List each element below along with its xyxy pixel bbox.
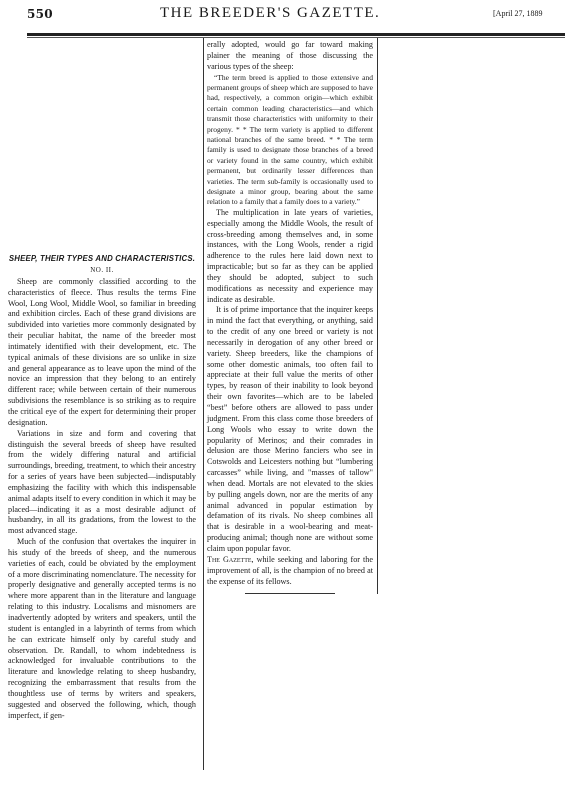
left-column: SHEEP, THEIR TYPES AND CHARACTERISTICS. …: [8, 254, 196, 721]
header-rule-thick: [27, 33, 565, 36]
gazette-name: The Gazette: [207, 555, 252, 564]
article-paragraph: Much of the confusion that overtakes the…: [8, 537, 196, 721]
article-headline: SHEEP, THEIR TYPES AND CHARACTERISTICS.: [8, 254, 196, 264]
masthead-title: THE BREEDER'S GAZETTE.: [160, 5, 380, 22]
quote-text: “The term breed is applied to those exte…: [207, 73, 373, 208]
article-paragraph: erally adopted, would go far toward maki…: [207, 40, 373, 73]
issue-date: [April 27, 1889: [493, 9, 543, 18]
right-column: erally adopted, would go far toward maki…: [207, 40, 373, 594]
article-paragraph: The multiplication in late years of vari…: [207, 208, 373, 306]
block-quote: “The term breed is applied to those exte…: [207, 73, 373, 208]
closing-paragraph: The Gazette, while seeking and laboring …: [207, 555, 373, 588]
article-paragraph: Sheep are commonly classified according …: [8, 277, 196, 429]
article-paragraph: Variations in size and form and covering…: [8, 429, 196, 537]
article-end-rule: [245, 593, 335, 594]
header-rule-thin: [27, 37, 565, 38]
article-paragraph: It is of prime importance that the inqui…: [207, 305, 373, 554]
column-divider-right: [377, 38, 378, 594]
article-subhead: NO. II.: [8, 265, 196, 276]
page-number: 550: [27, 7, 53, 21]
column-divider-left: [203, 38, 204, 770]
